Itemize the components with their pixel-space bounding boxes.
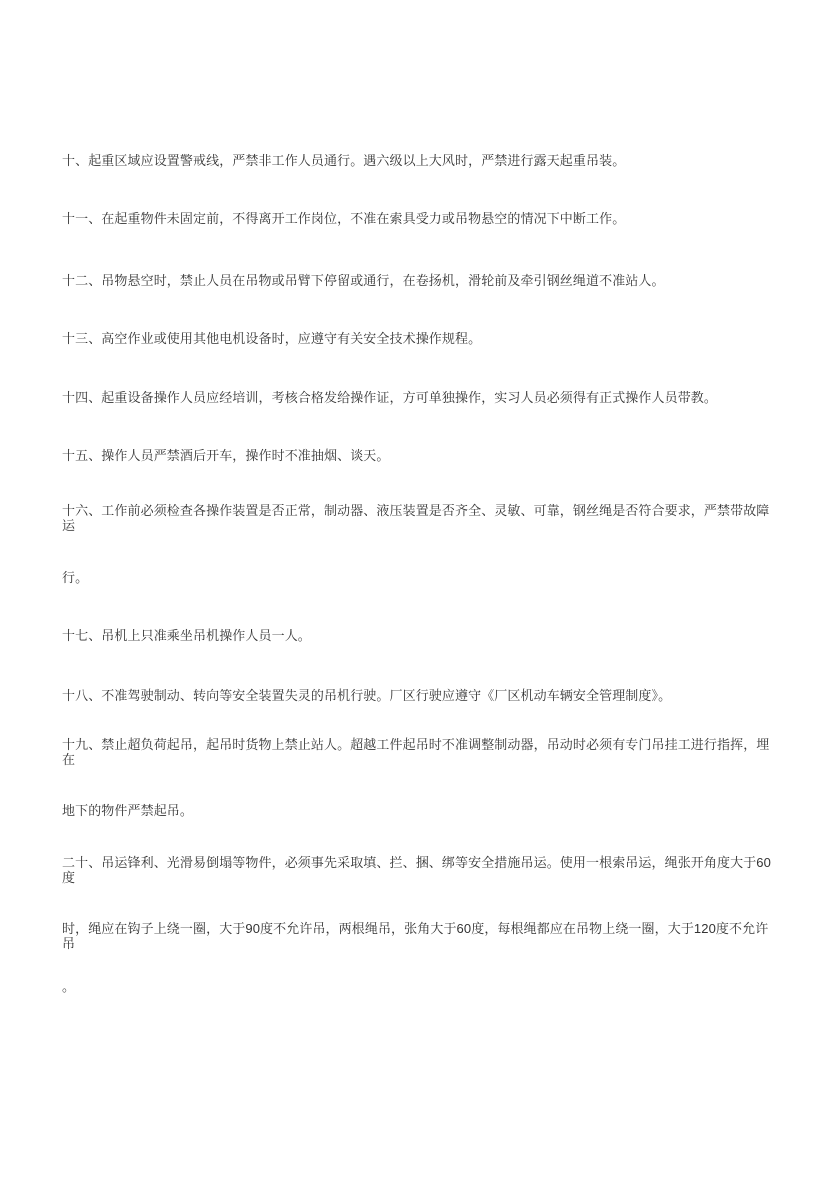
document-paragraph: 十五、操作人员严禁酒后开车，操作时不准抽烟、谈天。 — [62, 448, 778, 463]
document-paragraph: 十二、吊物悬空时，禁止人员在吊物或吊臂下停留或通行，在卷扬机，滑轮前及牵引钢丝绳… — [62, 273, 778, 288]
document-paragraph: 十六、工作前必须检查各操作装置是否正常，制动器、液压装置是否齐全、灵敏、可靠，钢… — [62, 503, 778, 533]
document-paragraph: 二十、吊运锋利、光滑易倒塌等物件，必须事先采取填、拦、捆、绑等安全措施吊运。使用… — [62, 855, 778, 885]
document-paragraph: 十四、起重设备操作人员应经培训，考核合格发给操作证，方可单独操作，实习人员必须得… — [62, 390, 778, 405]
document-paragraph: 十八、不准驾驶制动、转向等安全装置失灵的吊机行驶。厂区行驶应遵守《厂区机动车辆安… — [62, 688, 778, 703]
document-paragraph: 地下的物件严禁起吊。 — [62, 803, 778, 818]
document-paragraph: 十七、吊机上只准乘坐吊机操作人员一人。 — [62, 628, 778, 643]
document-paragraph: 行。 — [62, 570, 778, 585]
document-paragraph: 十三、高空作业或使用其他电机设备时，应遵守有关安全技术操作规程。 — [62, 331, 778, 346]
document-paragraph: 十一、在起重物件未固定前，不得离开工作岗位，不准在索具受力或吊物悬空的情况下中断… — [62, 211, 778, 226]
document-paragraph: 十九、禁止超负荷起吊，起吊时货物上禁止站人。超越工件起吊时不准调整制动器，吊动时… — [62, 737, 778, 767]
document-paragraph: 十、起重区域应设置警戒线，严禁非工作人员通行。遇六级以上大风时，严禁进行露天起重… — [62, 153, 778, 168]
document-paragraph: 时，绳应在钩子上绕一圈，大于90度不允许吊，两根绳吊，张角大于60度，每根绳都应… — [62, 921, 778, 951]
document-paragraph: 。 — [62, 979, 778, 994]
document-page: 十、起重区域应设置警戒线，严禁非工作人员通行。遇六级以上大风时，严禁进行露天起重… — [0, 0, 838, 1186]
